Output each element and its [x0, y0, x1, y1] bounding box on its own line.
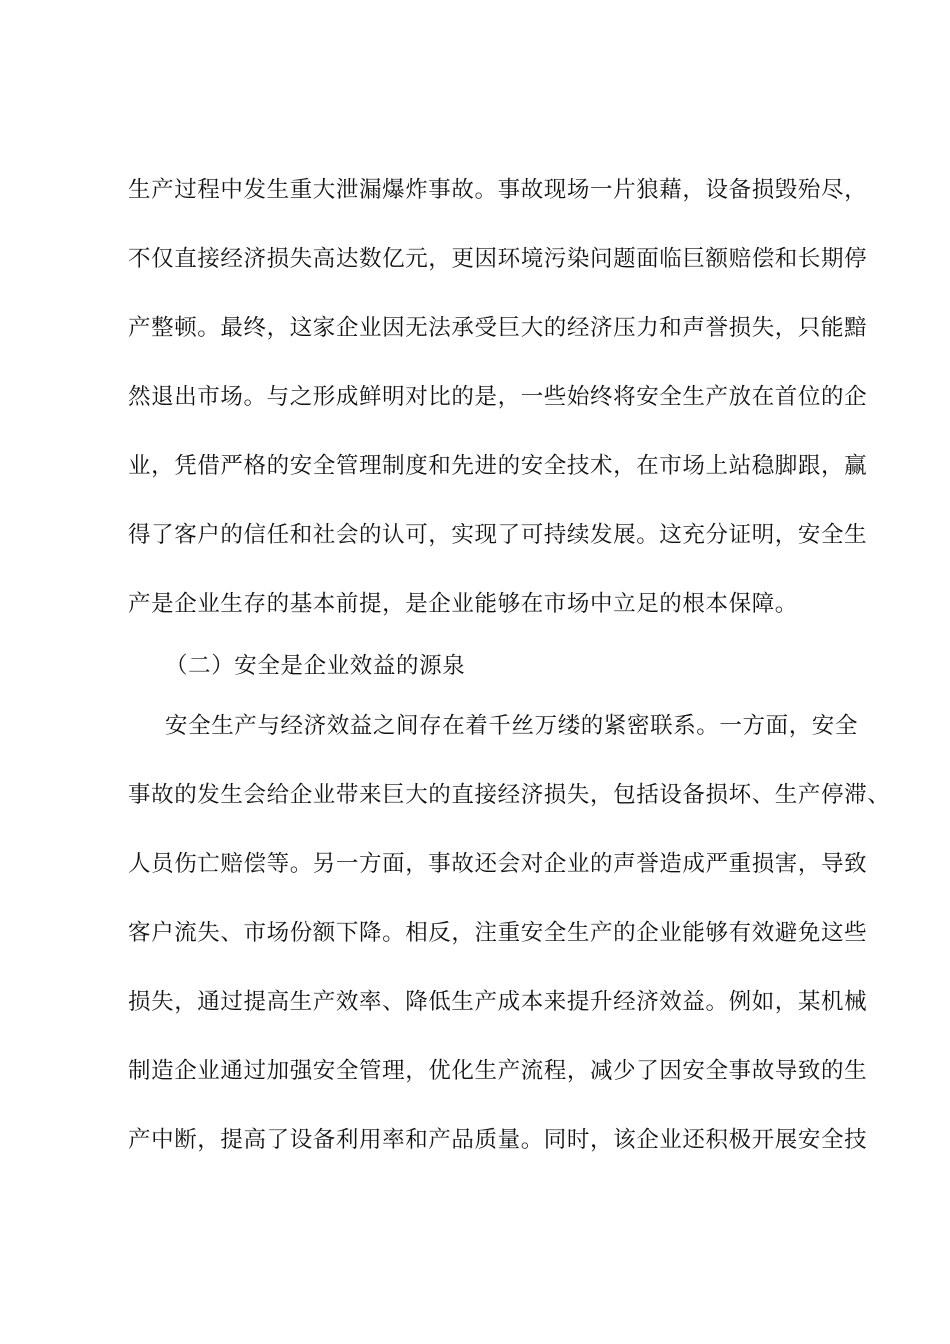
- section-heading: （二）安全是企业效益的源泉: [165, 651, 905, 681]
- paragraph-line: 客户流失、市场份额下降。相反，注重安全生产的企业能够有效避免这些: [128, 918, 868, 948]
- paragraph-line: 事故的发生会给企业带来巨大的直接经济损失，包括设备损坏、生产停滞、: [128, 780, 868, 810]
- document-page: 生产过程中发生重大泄漏爆炸事故。事故现场一片狼藉，设备损毁殆尽， 不仅直接经济损…: [0, 0, 950, 1344]
- paragraph-line: 人员伤亡赔偿等。另一方面，事故还会对企业的声誉造成严重损害，导致: [128, 849, 868, 879]
- paragraph-line: 生产过程中发生重大泄漏爆炸事故。事故现场一片狼藉，设备损毁殆尽，: [128, 175, 868, 205]
- paragraph-line: 然退出市场。与之形成鲜明对比的是，一些始终将安全生产放在首位的企: [128, 382, 868, 412]
- paragraph-line: 制造企业通过加强安全管理，优化生产流程，减少了因安全事故导致的生: [128, 1056, 868, 1086]
- paragraph-line: 产整顿。最终，这家企业因无法承受巨大的经济压力和声誉损失，只能黯: [128, 313, 868, 343]
- paragraph-line: 不仅直接经济损失高达数亿元，更因环境污染问题面临巨额赔偿和长期停: [128, 244, 868, 274]
- paragraph-line: 得了客户的信任和社会的认可，实现了可持续发展。这充分证明，安全生: [128, 520, 868, 550]
- paragraph-line: 产中断，提高了设备利用率和产品质量。同时，该企业还积极开展安全技: [128, 1125, 868, 1155]
- paragraph-line: 业，凭借严格的安全管理制度和先进的安全技术，在市场上站稳脚跟，赢: [128, 451, 868, 481]
- paragraph-line: 安全生产与经济效益之间存在着千丝万缕的紧密联系。一方面，安全: [165, 711, 905, 741]
- paragraph-line: 损失，通过提高生产效率、降低生产成本来提升经济效益。例如，某机械: [128, 987, 868, 1017]
- paragraph-line: 产是企业生存的基本前提，是企业能够在市场中立足的根本保障。: [128, 589, 868, 619]
